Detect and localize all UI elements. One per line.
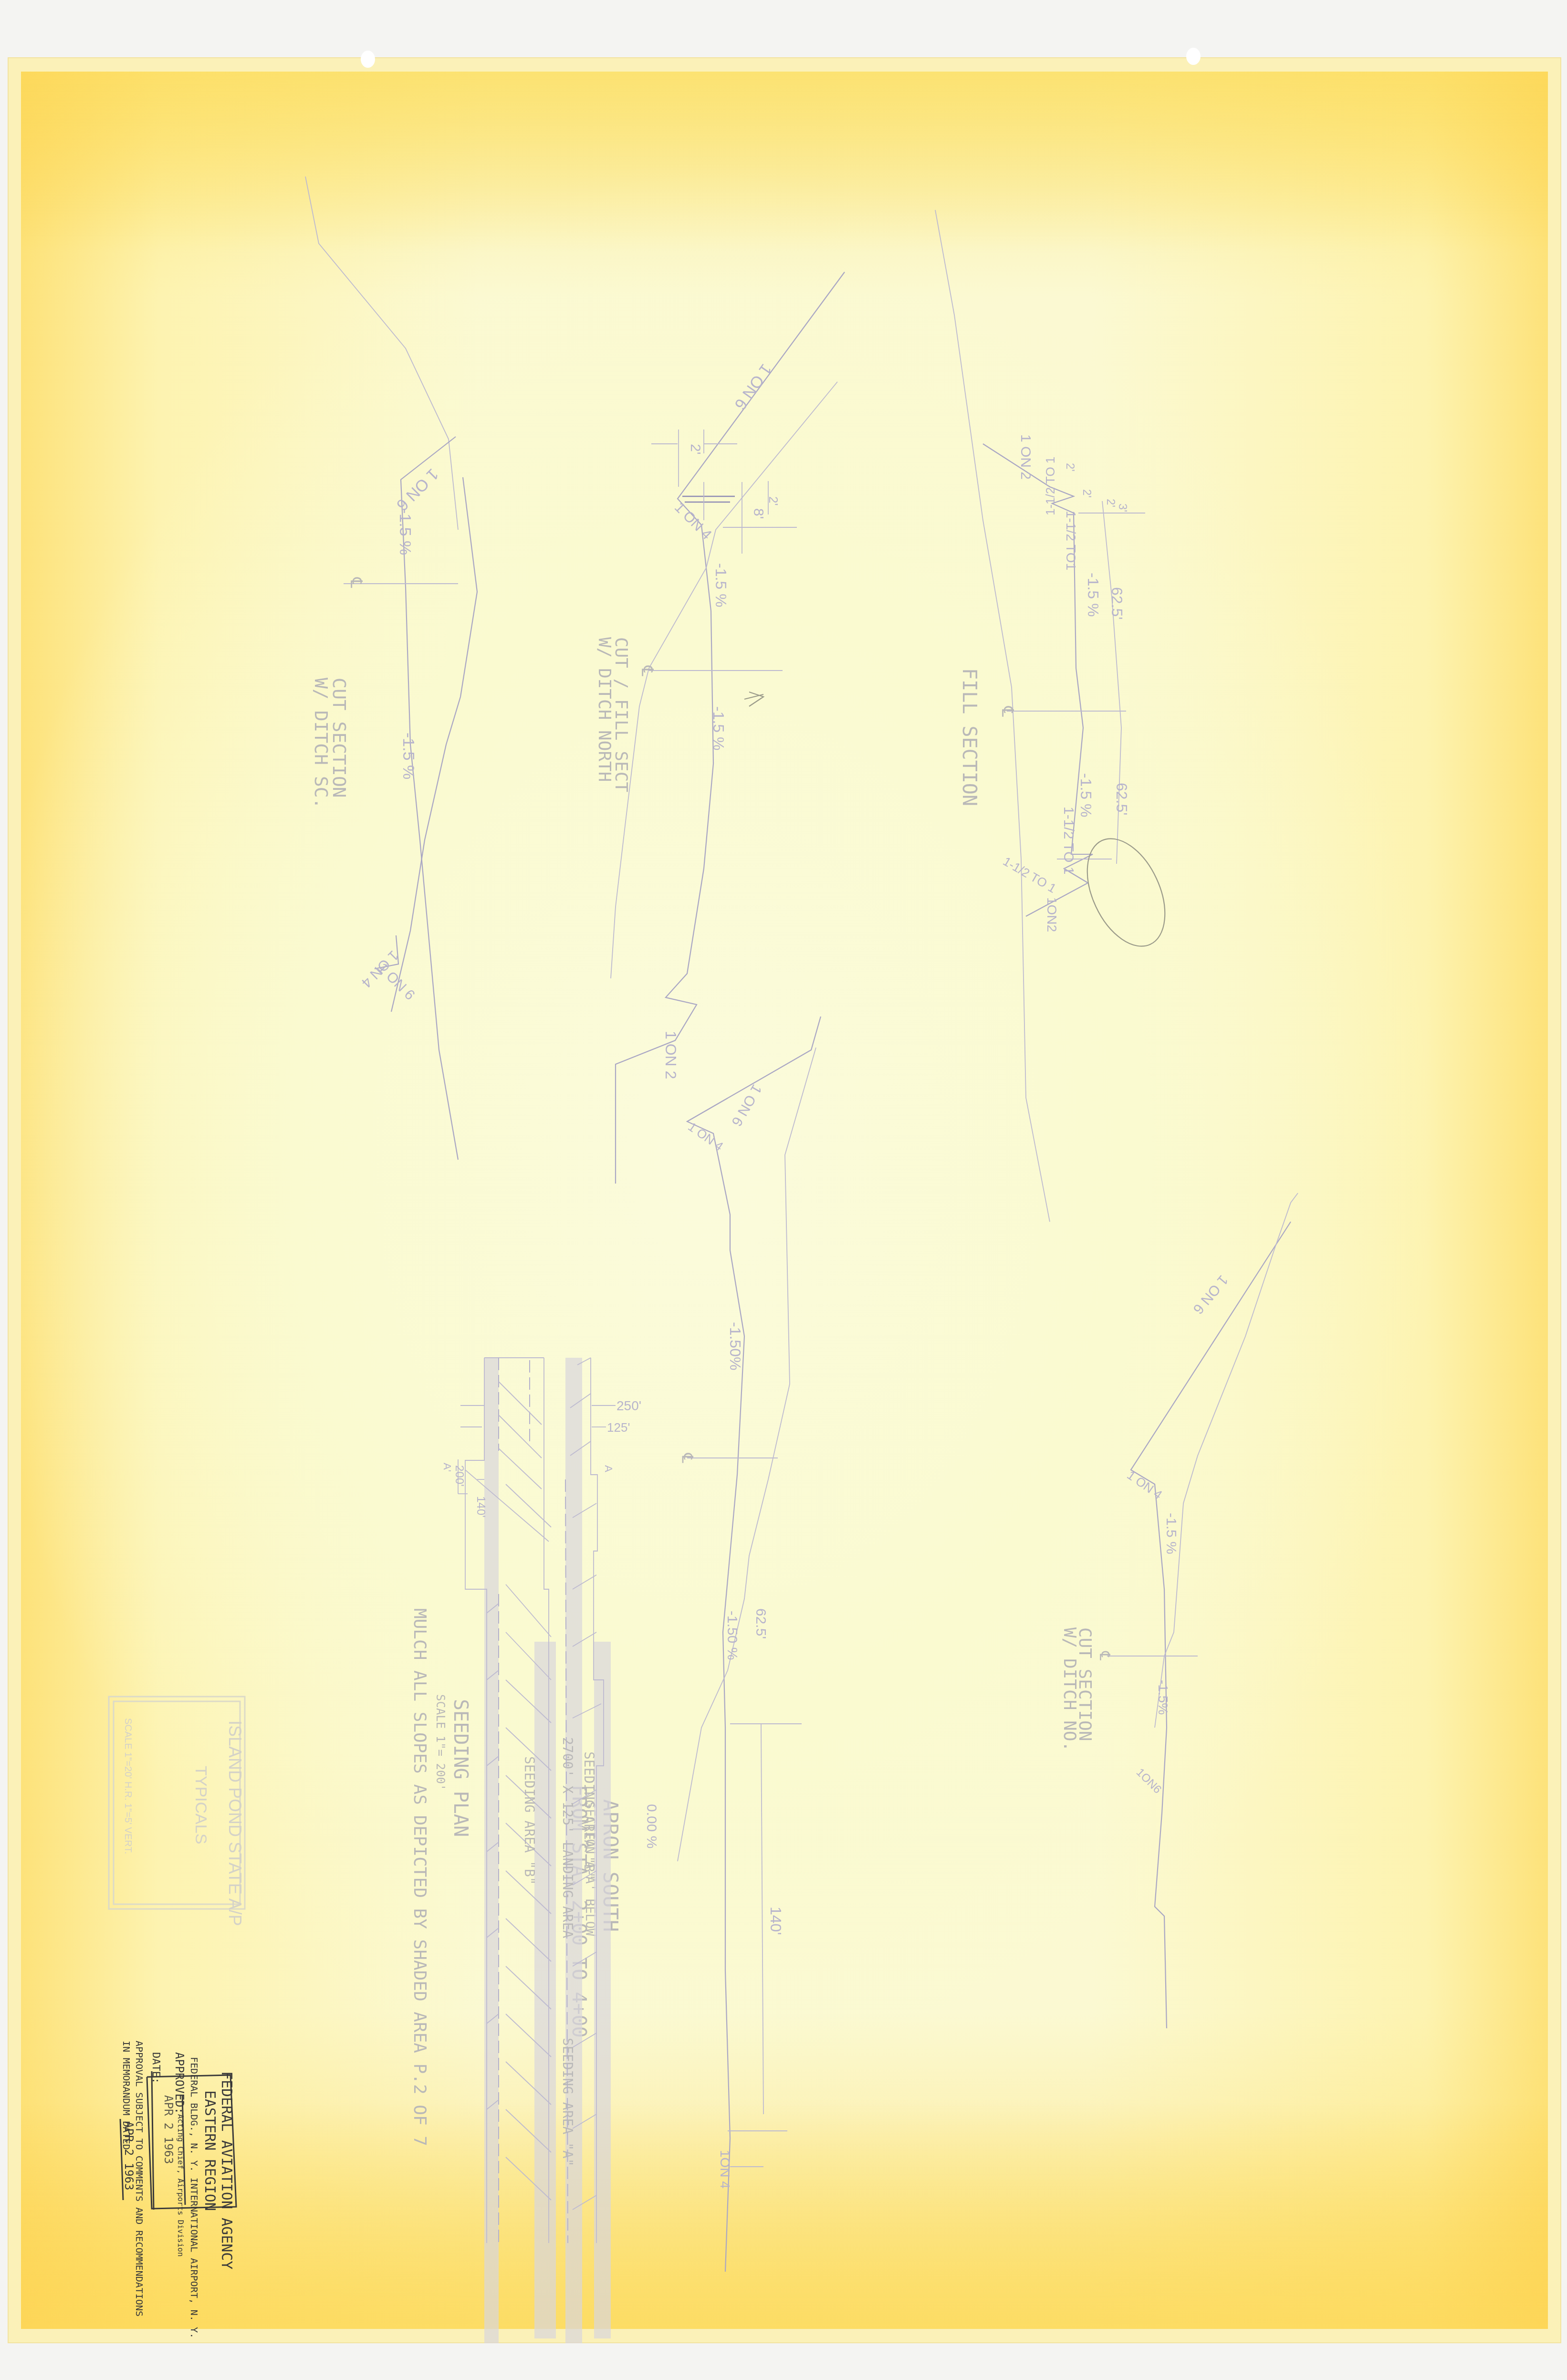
slope-label: -1.50 % [724,1611,740,1660]
slope-label: -1.5 % [1163,1513,1179,1554]
cut-section-no: 1 ON 6 1 ON 4 -1.5 % -1.5% 1ON6 ℄ CUT SE… [1060,1193,1298,2028]
slope-label: 1ON6 [1134,1766,1164,1796]
stamp-date-value: APR 2 1963 [162,2095,175,2164]
dimension-label: 2' [1064,463,1076,472]
slope-label: 0.00 % [644,1804,659,1848]
slope-label: 1 ON 6 [728,1082,764,1129]
stamp-signatory: Acting Chief, Airports Division [176,2114,185,2257]
plan-scale: SCALE 1"= 200' [434,1694,447,1791]
slope-label: 1 ON 2 [1018,434,1034,480]
mulch-note: MULCH ALL SLOPES AS DEPICTED BY SHADED A… [410,1608,429,2146]
dimension-label: 62.5' [1108,587,1126,619]
slope-label: 1 ON 6 [393,465,442,514]
dimension-label: 8' [751,508,766,519]
slope-label: -1.50% [727,1322,744,1370]
slope-label: -1.5% [1156,1680,1170,1715]
slope-label: 1-1/2 TO 1 [1001,854,1059,896]
title-block: ISLAND POND STATE A/P TYPICALS SCALE 1"=… [109,1697,245,1926]
centerline-symbol: ℄ [346,577,366,588]
approval-note-date: APR 2 1963 [122,2121,136,2191]
circled-detail [1072,827,1180,959]
dimension-label: 2' [1080,489,1093,498]
dimension-label: 2' [766,496,781,505]
project-title: ISLAND POND STATE A/P [225,1720,245,1926]
dimension-label: 250' [616,1398,641,1413]
dimension-label: 62.5' [1113,783,1130,815]
dimension-label: 125' [607,1420,630,1435]
sheet-title: TYPICALS [192,1766,210,1844]
slope-label: 1 ON 6 [731,360,775,413]
plan-title: SEEDING PLAN [449,1699,471,1837]
section-title: W/ DITCH NORTH [595,637,614,782]
slope-label: 1ON 4 [718,2150,732,2189]
centerline-symbol: ℄ [637,665,657,676]
section-title: W/ DITCH SC. [311,678,332,809]
seeding-area-label: SEEDING AREA "B" [522,1756,537,1885]
centerline-symbol: ℄ [679,1453,697,1463]
dimension-label: 140' [767,1907,784,1935]
landing-area-label: 2700' X 125' LANDING AREA [560,1737,575,1939]
seeding-area-label: SEEDING AREA "B" [581,1751,597,1880]
centerline-symbol: ℄ [1096,1651,1113,1661]
slope-label: -1.5 % [710,706,727,750]
slope-label: 1-1/2 TO1 [1064,511,1078,570]
cut-section-sc: 1 ON 6 -1.5 % -1.5 % 1 ON 4 1 ON 6 ℄ CUT… [305,177,477,1160]
slope-label: 1ON2 [1045,897,1059,932]
dimension-label: 2' [688,444,703,454]
slope-label: -1.5 % [1077,773,1095,817]
pencil-mark [744,692,763,706]
stamp-agency: FEDERAL AVIATION AGENCY [218,2071,235,2269]
approval-stamp: FEDERAL AVIATION AGENCY EASTERN REGION F… [120,2041,236,2338]
sheet-scale: SCALE 1"=20' H.R. 1"=5' VERT. [123,1718,133,1854]
dimension-label: 140' [474,1496,487,1518]
slope-label: 1 ON 6 [1190,1272,1231,1317]
slope-label: 1 ON 4 [671,500,715,543]
stamp-region: EASTERN REGION [201,2090,218,2211]
stamp-address: FEDERAL BLDG., N. Y. INTERNATIONAL AIRPO… [188,2057,200,2338]
fill-section: 1 ON 2 1-1/2 TO 1 1-1/2 TO1 -1.5 % -1.5 … [935,210,1180,1222]
seeding-area-label: SEEDING AREA "A" [560,2038,575,2167]
slope-label: 1 ON 6 [375,960,418,1004]
section-title: W/ DITCH NO. [1060,1627,1079,1751]
section-mark: A [603,1465,615,1472]
slope-label: -1.5 % [1085,573,1102,617]
centerline-symbol: ℄ [998,706,1017,717]
section-mark: A' [441,1463,453,1472]
dimension-label: 200' [453,1465,466,1487]
section-title: FILL SECTION [958,668,980,806]
seeding-plan: 250' 125' 200' 140' A A' SEEDING AREA "B… [410,1358,641,2343]
dimension-label: 3' [1116,503,1129,512]
engineering-drawing: 1 ON 6 -1.5 % -1.5 % 1 ON 4 1 ON 6 ℄ CUT… [0,0,1567,2380]
slope-label: 1 ON 2 [662,1031,679,1079]
slope-label: 1 ON 4 [686,1119,726,1153]
slope-label: -1.5 % [712,563,730,607]
slope-label: -1.5 % [396,508,414,555]
slope-label: 1-1/2 TO 1 [1043,457,1057,515]
dimension-label: 62.5' [753,1608,769,1639]
slope-label: 1-1/2 TO 1 [1061,807,1076,874]
slope-label: 1 ON 4 [1125,1468,1165,1502]
dimension-label: 2' [1104,499,1117,507]
cut-fill-section-north: 2' 8' 2' 1 ON 6 1 ON 4 -1.5 % -1.5 % 1 O… [595,272,845,1184]
slope-label: -1.5 % [399,733,418,779]
